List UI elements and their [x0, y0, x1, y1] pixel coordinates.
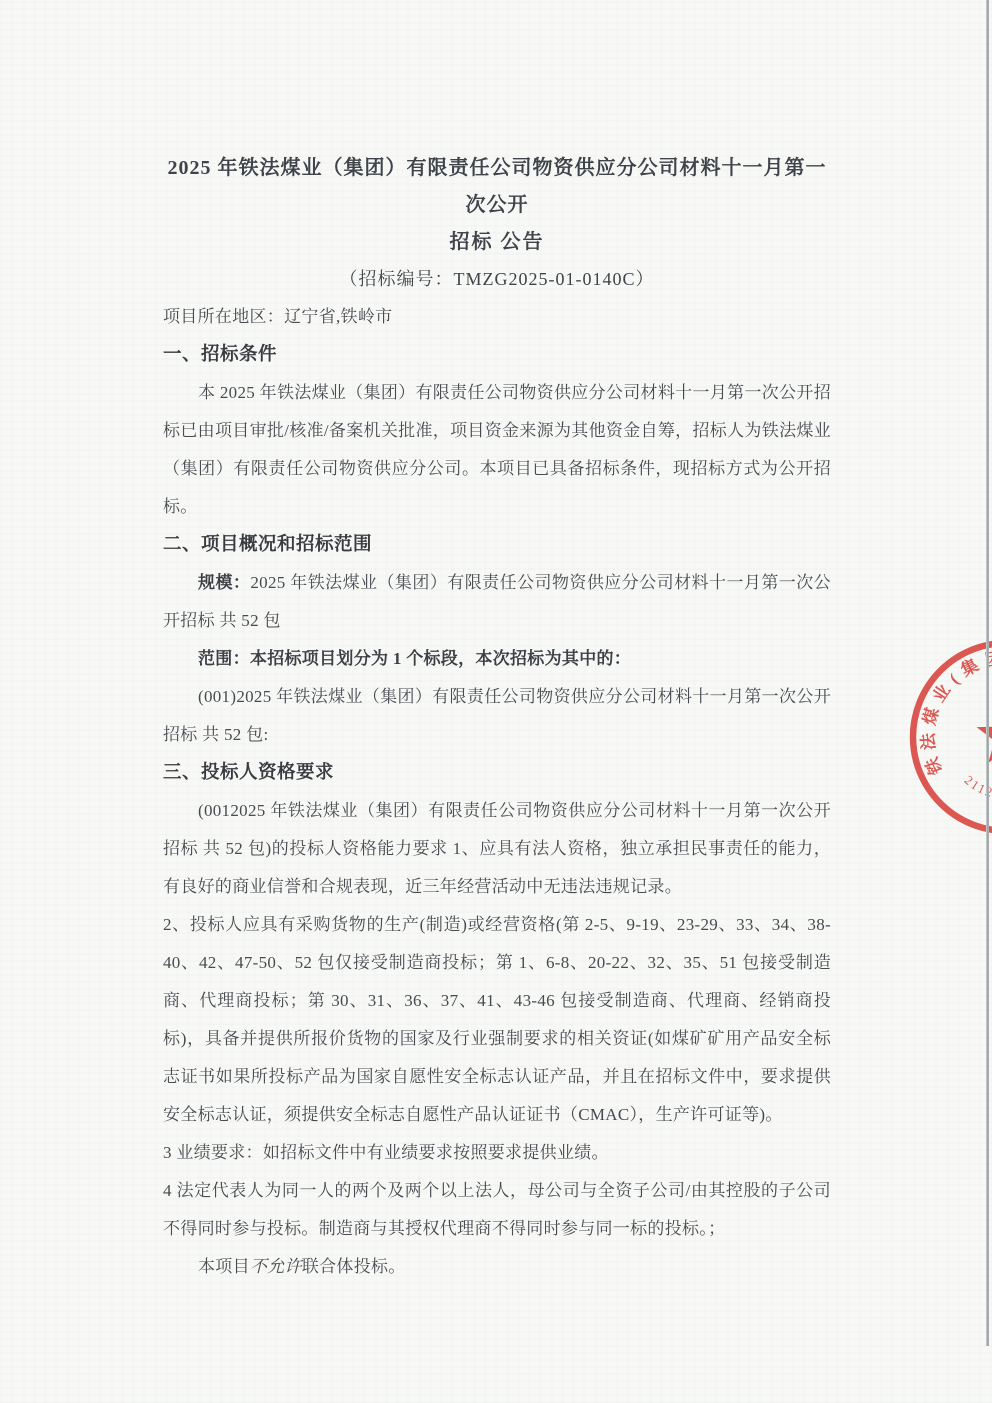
title-line-1: 2025 年铁法煤业（集团）有限责任公司物资供应分公司材料十一月第一次公开: [163, 150, 831, 224]
no-consortium-post: 联合体投标。: [302, 1257, 406, 1276]
qualification-paragraph-2: 2、投标人应具有采购货物的生产(制造)或经营资格(第 2-5、9-19、23-2…: [163, 906, 831, 1134]
seal-star-icon: [977, 705, 992, 763]
document-content: 2025 年铁法煤业（集团）有限责任公司物资供应分公司材料十一月第一次公开 招标…: [163, 0, 831, 1286]
document-title: 2025 年铁法煤业（集团）有限责任公司物资供应分公司材料十一月第一次公开 招标…: [163, 150, 831, 298]
company-seal-stamp: 铁法煤业(集团)有限责任公司 2112: [905, 627, 992, 847]
section-heading-bidding-conditions: 一、招标条件: [163, 336, 831, 374]
no-consortium-pre: 本项目: [198, 1257, 250, 1276]
bidding-conditions-paragraph: 本 2025 年铁法煤业（集团）有限责任公司物资供应分公司材料十一月第一次公开招…: [163, 374, 831, 526]
page-edge-shadow: [986, 0, 989, 1346]
qualification-paragraph-4: 4 法定代表人为同一人的两个及两个以上法人，母公司与全资子公司/由其控股的子公司…: [163, 1172, 831, 1248]
section-heading-project-overview: 二、项目概况和招标范围: [163, 526, 831, 564]
document-page: 2025 年铁法煤业（集团）有限责任公司物资供应分公司材料十一月第一次公开 招标…: [0, 0, 992, 1403]
no-consortium-line: 本项目不允许联合体投标。: [163, 1248, 831, 1286]
title-line-2: 招标 公告: [163, 224, 831, 261]
qualification-paragraph-3: 3 业绩要求：如招标文件中有业绩要求按照要求提供业绩。: [163, 1134, 831, 1172]
bid-number-line: （招标编号：TMZG2025-01-0140C）: [163, 261, 831, 298]
lot-001-paragraph: (001)2025 年铁法煤业（集团）有限责任公司物资供应分公司材料十一月第一次…: [163, 678, 831, 754]
scale-text: 2025 年铁法煤业（集团）有限责任公司物资供应分公司材料十一月第一次公开招标 …: [163, 573, 831, 630]
scope-line: 范围：本招标项目划分为 1 个标段，本次招标为其中的：: [163, 640, 831, 678]
seal-arc-text: 铁法煤业(集团)有限责任公司: [918, 649, 992, 779]
qualification-paragraph-1: (0012025 年铁法煤业（集团）有限责任公司物资供应分公司材料十一月第一次公…: [163, 792, 831, 906]
section-heading-bidder-qualifications: 三、投标人资格要求: [163, 754, 831, 792]
scale-label: 规模：: [198, 573, 250, 592]
no-consortium-emphasis: 不允许: [250, 1257, 302, 1276]
scale-paragraph: 规模：2025 年铁法煤业（集团）有限责任公司物资供应分公司材料十一月第一次公开…: [163, 564, 831, 640]
project-location-line: 项目所在地区：辽宁省,铁岭市: [163, 298, 831, 336]
